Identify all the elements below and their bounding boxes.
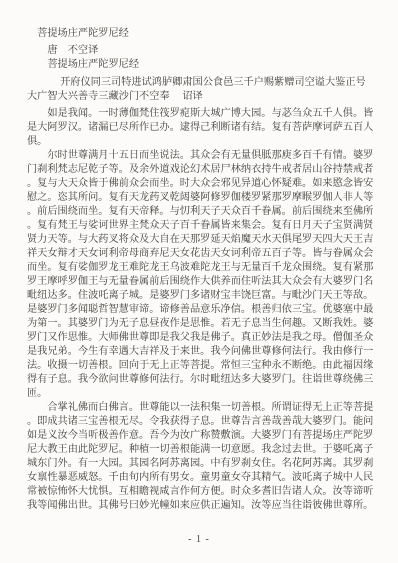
page-number: - 1 - xyxy=(0,534,398,545)
sutra-scan-page: 菩提场庄严陀罗尼经 唐 不空译 菩提场庄严陀罗尼经 开府仪同三司特进试鸿胪卿肃国… xyxy=(0,0,398,563)
sutra-text-line: 城东门外。有一大园。其园名阿苏离园。中有罗刹女住。名花阿苏离。其罗刹 xyxy=(27,457,379,471)
sutra-text-line: 。复有梵王与娑诃世界主梵众天子百千眷属皆来集会。复有日月天子宝贤满贤 xyxy=(27,219,379,233)
sutra-text-line: 常被惊怖怀大忧惧。互相瞻视咸言作何方便。时众多耆旧告诸人众。汝等谛听 xyxy=(27,485,379,499)
sutra-text-line: 俱。 xyxy=(27,135,379,149)
sutra-text-line: 菩提场庄严陀罗尼经 xyxy=(27,27,379,41)
sutra-text-line: 毗纽达多。住波吒离子城。是婆罗门多诸财宝丰饶巨富。与毗沙门天王等敌。 xyxy=(27,289,379,303)
sutra-text-line: 匝。 xyxy=(27,387,379,401)
sutra-text-line: 尼大教王由此陀罗尼。种植一切善根能满一切意愿。我念过去世。于婆吒离子 xyxy=(27,443,379,457)
sutra-text-line: 如是义汝今当听极善作意。吾今为汝广称赞敷演。大婆罗门有菩提场庄严陀罗 xyxy=(27,429,379,443)
sutra-text-line: 尔时世尊满月十五日而坐说法。其众会有无量俱胝那庾多百千有情。婆罗 xyxy=(27,149,379,163)
sutra-text-line: 法。收摄一切善根。回向于无上正等菩提。常恒三宝种永不断绝。由此福因缘 xyxy=(27,359,379,373)
sutra-text-line: 唐 不空译 xyxy=(27,44,379,58)
sutra-text-line: 合掌礼佛而白佛言。世尊能以一法积集一切善根。所谓证得无上正等菩提 xyxy=(27,401,379,415)
sutra-text-line: 而坐。复有娑伽罗龙王难陀龙王乌波难陀龙王与无量百千龙众围绕。复有紧那 xyxy=(27,261,379,275)
sutra-text-line: 罗王摩呼罗伽王与无量眷属前后围绕作大供养而住听法其大众会有大婆罗门名 xyxy=(27,275,379,289)
sutra-text-line: 是婆罗门多闻聪哲智慧审谛。谛修善品意乐净信。根善归依三宝。优婆塞中最 xyxy=(27,303,379,317)
sutra-text-line: 大广智大兴善寺三藏沙门不空奉 诏译 xyxy=(27,90,379,104)
sutra-text-line: 如是我闻。一时薄伽梵住筏罗痆斯大城广博大园。与苾刍众五千人俱。皆 xyxy=(27,107,379,121)
sutra-text-line: 贤力天等。与大药叉将众及大自在天那罗延天焰魔天水天俱尾罗天四大天王吉 xyxy=(27,233,379,247)
sutra-text-line: 。前后围绕而坐。复有天帝释。与忉利天子天众百千眷属。前后围绕来至佛所 xyxy=(27,205,379,219)
sutra-text-line: 女禀性暴恶威怒。千由旬内所有男女。童男童女夺其精气。波吒离子城中人民 xyxy=(27,471,379,485)
sutra-text-line: 菩提场庄严陀罗尼经 xyxy=(27,58,379,72)
sutra-text-line: 得有子息。我今欲问世尊修何法行。尔时毗纽达多大婆罗门。往诣世尊绕佛三 xyxy=(27,373,379,387)
sutra-text-line: 慰之。恣其所问。复有天龙药叉乾闼婆阿修罗伽楼罗紧那罗摩睺罗伽人非人等 xyxy=(27,191,379,205)
sutra-text-line: 。即成共诸三宝善根无尽。令我获得子息。世尊告言善哉善哉大婆罗门。能问 xyxy=(27,415,379,429)
sutra-text-line: 是大阿罗汉。诸漏已尽所作已办。逮得己利断诸有结。复有菩萨摩诃萨五百人 xyxy=(27,121,379,135)
sutra-text-line: 祥天女辩才天女诃利帝母商弃尼天女花齿天女诃利帝五百子等。皆与眷属众会 xyxy=(27,247,379,261)
sutra-text-line: 。复与大天众皆于佛前众会而坐。时大众会邪见异道心怀疑难。如来愍念皆安 xyxy=(27,177,379,191)
sutra-text-block: 菩提场庄严陀罗尼经 唐 不空译 菩提场庄严陀罗尼经 开府仪同三司特进试鸿胪卿肃国… xyxy=(27,27,379,513)
sutra-text-line: 门刹利梵志尼乾子等。及余外道戏论幻术居尸林纳衣持牛戒者居山谷持禁戒者 xyxy=(27,163,379,177)
sutra-text-line: 是我兄弟。今生有幸遇大吉祥及于来世。我今问佛世尊修何法行。我由修行一 xyxy=(27,345,379,359)
sutra-text-line: 为第一。其婆罗门为无子息昼夜作是思惟。若无子息当生何趣。又断我姓。婆 xyxy=(27,317,379,331)
sutra-text-line: 我等闻佛出世。其佛号曰妙光幢如来应供正遍知。汝等应当往诣彼佛世尊所。 xyxy=(27,499,379,513)
sutra-text-line: 开府仪同三司特进试鸿胪卿肃国公食邑三千户赐紫赠司空谥大鉴正号 xyxy=(27,76,379,90)
sutra-text-line: 罗门又作思惟。大师佛世尊即是我父我是佛子。真正妙法是我之母。僧伽圣众 xyxy=(27,331,379,345)
